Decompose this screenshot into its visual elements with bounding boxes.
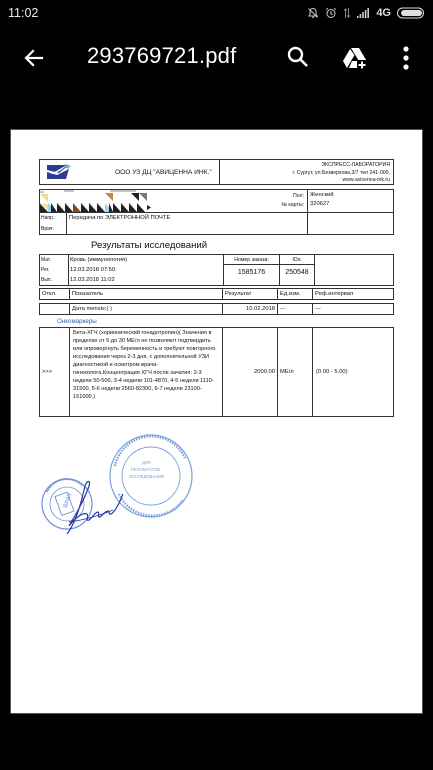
cell-unit: МЕ/л	[280, 369, 294, 376]
material-value: Кровь (иммунология)	[70, 257, 127, 264]
cell-deviation	[40, 304, 70, 314]
issued-value: 12.03.2018 11:02	[70, 277, 115, 284]
card-label: № карты:	[281, 202, 304, 209]
alarm-icon	[325, 7, 337, 19]
lab-website: www.avicenna-ink.ru	[223, 177, 390, 185]
col-deviation: Откл.	[40, 289, 70, 299]
status-time: 11:02	[8, 6, 38, 20]
table-row: >>> Бета-ХГЧ (хорионический гонадотропин…	[39, 327, 394, 417]
lab-address: г. Сургут, ул.Безверхова,3/7 тел 241-000…	[223, 170, 390, 178]
svg-text:ДЛЯ: ДЛЯ	[142, 460, 151, 465]
referral-label: Напр.:	[41, 215, 56, 221]
registered-value: 12.03.2018 07:50	[70, 267, 115, 274]
app-bar: 293769721.pdf	[0, 30, 433, 86]
lab-info: ЭКСПРЕСС-ЛАБОРАТОРИЯ г. Сургут, ул.Безве…	[220, 160, 393, 184]
divider	[68, 255, 69, 286]
status-bar: 11:02 4G	[0, 0, 433, 25]
col-result: Результат	[223, 289, 278, 299]
pdf-page[interactable]: ООО УЗ ДЦ "АВИЦЕННА ИНК." ЭКСПРЕСС-ЛАБОР…	[10, 129, 423, 714]
col-unit: Ед.изм.	[278, 289, 313, 299]
cell-reference: ---	[313, 304, 393, 314]
col-indicator: Показатель	[70, 289, 223, 299]
cell-result-wrap: 2000.00	[223, 328, 278, 416]
more-vert-icon[interactable]	[398, 45, 414, 71]
col-reference: Реф.интервал	[313, 289, 393, 299]
ids-label: IDs:	[280, 255, 314, 265]
divider	[307, 212, 394, 213]
signal-icon	[357, 7, 370, 18]
arrow-back-icon[interactable]	[22, 46, 46, 70]
network-type: 4G	[376, 7, 391, 19]
section-title: Онкомаркеры	[57, 318, 97, 326]
notifications-off-icon	[307, 7, 319, 19]
cell-indicator: Бета-ХГЧ (хорионический гонадотропин)( З…	[70, 328, 223, 416]
ids-value: 250548	[280, 269, 314, 278]
svg-text:ИССЛЕДОВАНИЯ: ИССЛЕДОВАНИЯ	[129, 474, 164, 479]
cell-unit: ---	[278, 304, 313, 314]
order-number-label: Номер заказа:	[224, 255, 279, 265]
table-header: Откл. Показатель Результат Ед.изм. Реф.и…	[39, 288, 394, 300]
divider	[314, 255, 315, 286]
battery-icon	[397, 7, 425, 19]
header-left: ООО УЗ ДЦ "АВИЦЕННА ИНК."	[40, 160, 220, 184]
referral-value: Передача по ЭЛЕКТРОННОЙ ПОЧТЕ	[67, 212, 307, 235]
cell-deviation-wrap: >>>	[40, 328, 70, 416]
clinic-seal-icon: ДЛЯ РЕЗУЛЬТАТОВ ИССЛЕДОВАНИЯ	[110, 435, 192, 517]
order-number-value: 1585176	[224, 269, 279, 278]
registered-label: Рег.	[41, 267, 50, 273]
search-icon[interactable]	[286, 45, 310, 69]
clinic-logo-icon	[45, 163, 73, 181]
document-title: 293769721.pdf	[87, 43, 236, 69]
sex-label: Пол:	[293, 193, 304, 200]
org-name: ООО УЗ ДЦ "АВИЦЕННА ИНК."	[115, 169, 212, 177]
cell-reference-wrap: (0.00 - 5.00)	[313, 328, 393, 416]
stamps-signature: ВРАЧ ДЛЯ РЕЗУЛЬТАТОВ ИССЛЕДОВАНИЯ	[39, 426, 199, 541]
sex-value: Женский	[310, 192, 334, 199]
data-transfer-icon	[343, 7, 351, 19]
referral-labels: Напр.: Врач:	[40, 212, 67, 235]
cell-deviation: >>>	[42, 369, 52, 376]
status-icons: 4G	[307, 7, 425, 19]
cell-result: 10.02.2018	[223, 304, 278, 314]
drive-add-icon[interactable]	[342, 45, 368, 71]
card-value: 320627	[310, 201, 329, 208]
lab-name: ЭКСПРЕСС-ЛАБОРАТОРИЯ	[223, 162, 390, 170]
patient-block: Пол: Женский № карты: 320627 Напр.: Врач…	[39, 189, 394, 235]
cell-indicator: Дата mensis:( )	[70, 304, 223, 314]
material-label: Мат.	[41, 257, 51, 263]
cell-reference: (0.00 - 5.00)	[316, 369, 348, 376]
issued-label: Вып.	[41, 277, 52, 283]
svg-text:РЕЗУЛЬТАТОВ: РЕЗУЛЬТАТОВ	[131, 467, 160, 472]
report-header: ООО УЗ ДЦ "АВИЦЕННА ИНК." ЭКСПРЕСС-ЛАБОР…	[39, 159, 394, 185]
cell-unit-wrap: МЕ/л	[278, 328, 313, 416]
order-block: Мат. Рег. Вып. Кровь (иммунология) 12.03…	[39, 254, 394, 286]
table-row: Дата mensis:( ) 10.02.2018 --- ---	[39, 303, 394, 315]
doctor-label: Врач:	[41, 226, 54, 232]
cell-result: 2000.00	[254, 369, 275, 376]
results-title: Результаты исследований	[91, 240, 207, 252]
redacted-patient-name	[40, 190, 174, 212]
